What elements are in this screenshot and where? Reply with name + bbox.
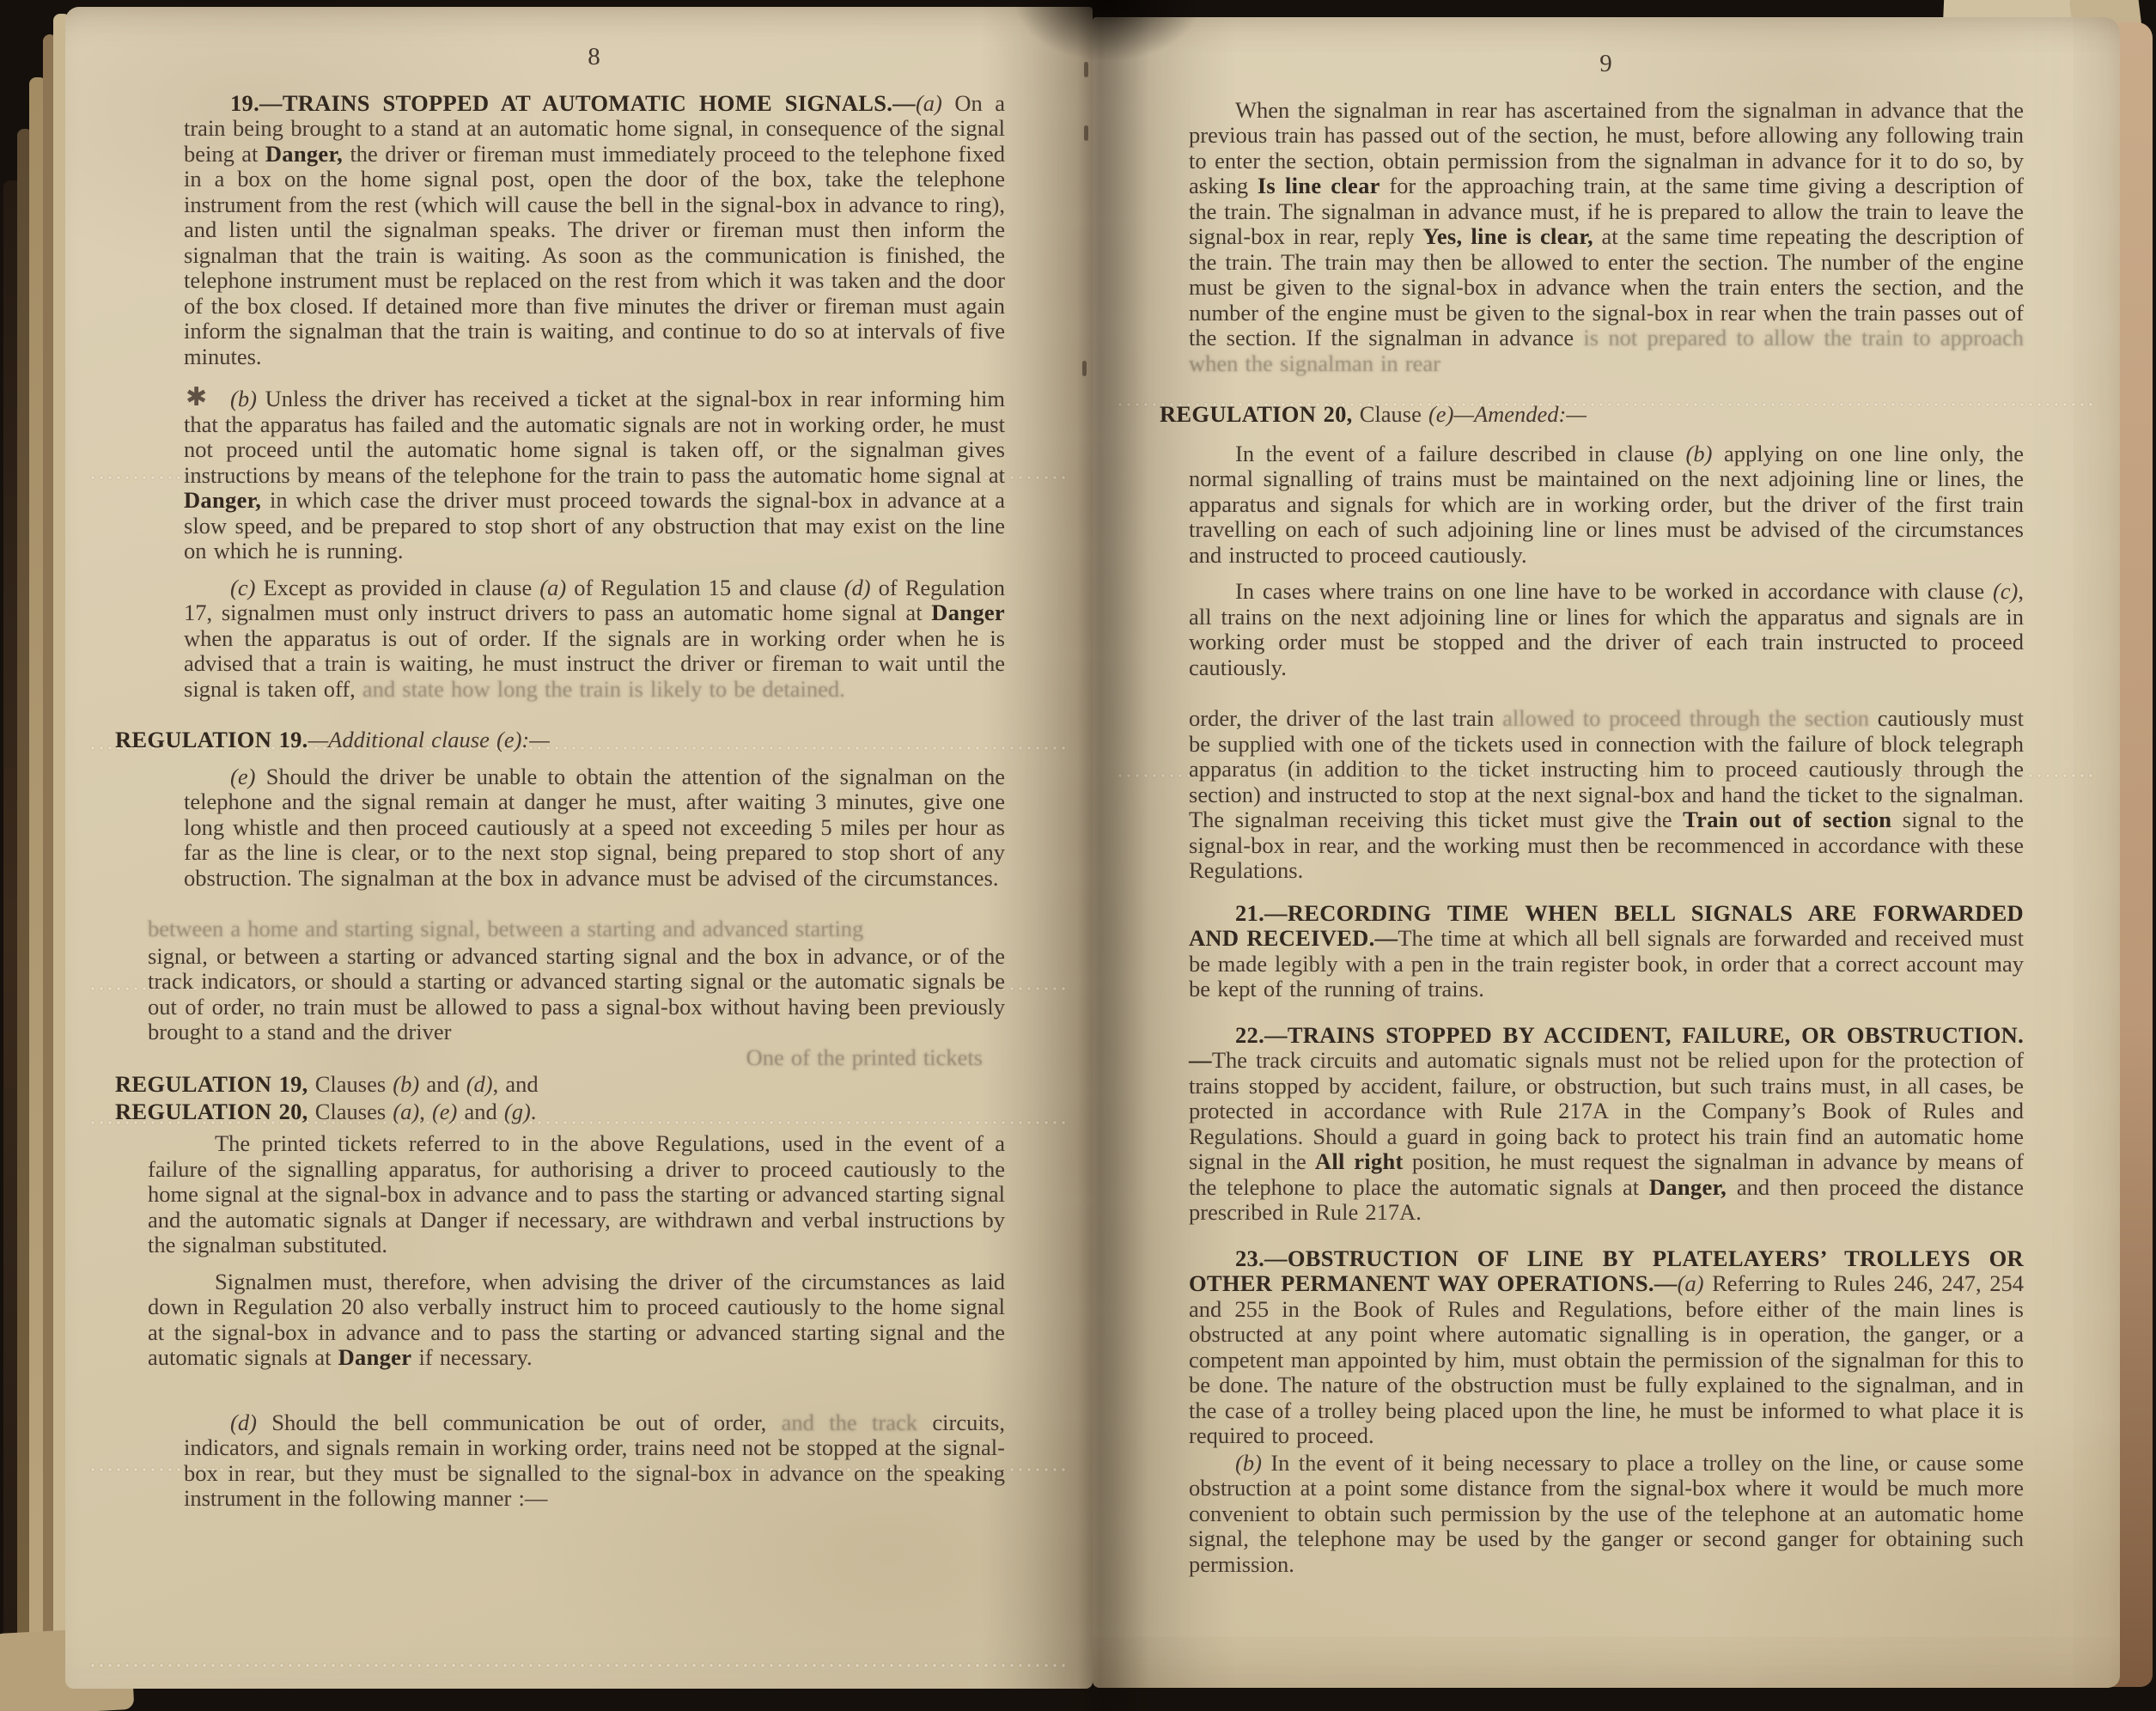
text-run: (b) <box>230 386 257 411</box>
text-run: . <box>531 1099 537 1124</box>
text-run: , and <box>493 1071 539 1097</box>
line-clear-procedure-paragraph: When the signalman in rear has ascertain… <box>1189 98 2024 377</box>
slip-continuation-paragraph: signal, or between a starting or advance… <box>148 944 1005 1045</box>
text-run: if necessary. <box>411 1344 532 1370</box>
rule-19c-paragraph: (c) Except as provided in clause (a) of … <box>184 575 1005 703</box>
text-run: the driver or fireman must immediately p… <box>184 141 1005 369</box>
text-run: REGULATION 19. <box>115 727 308 752</box>
text-run: Is line clear <box>1258 173 1380 198</box>
amended-clause-paragraph-1: In the event of a failure described in c… <box>1189 441 2024 569</box>
text-run: Yes, line is clear, <box>1422 223 1593 249</box>
rule-19b-paragraph: ✱(b) Unless the driver has received a ti… <box>184 387 1005 564</box>
text-run: In the event of a failure described in c… <box>1235 441 1686 466</box>
text-run: (d) <box>466 1071 493 1097</box>
text-run: In the event of it being necessary to pl… <box>1189 1450 2024 1577</box>
last-train-ticket-paragraph: order, the driver of the last train allo… <box>1189 706 2024 884</box>
rule-23a-paragraph: 23.—OBSTRUCTION OF LINE BY PLATELAYERS’ … <box>1189 1246 2024 1449</box>
text-run: Should the bell communication be out of … <box>257 1410 782 1435</box>
text-run: (e)—Amended:— <box>1428 401 1587 427</box>
text-run: Danger, <box>265 141 343 167</box>
regulation-19-clause-e-paragraph: (e) Should the driver be unable to obtai… <box>184 764 1005 892</box>
text-run: Clause <box>1353 401 1428 427</box>
text-run: Except as provided in clause <box>255 575 539 600</box>
text-run: and state how long the train is likely t… <box>362 676 845 702</box>
text-run: (c) <box>1993 578 2018 604</box>
text-run: Danger <box>931 600 1005 625</box>
printed-tickets-paragraph: The printed tickets referred to in the a… <box>148 1131 1005 1258</box>
page-number: 8 <box>184 45 1005 70</box>
rule-23b-paragraph: (b) In the event of it being necessary t… <box>1189 1451 2024 1578</box>
text-run: order, the driver of the last train <box>1189 705 1502 731</box>
text-run: (a) <box>1678 1270 1704 1296</box>
text-run: (b) <box>393 1071 419 1097</box>
text-run: in which case the driver must proceed to… <box>184 487 1005 563</box>
text-run: (b) <box>1686 441 1713 466</box>
text-run: allowed to proceed through the section <box>1502 705 1869 731</box>
text-run: All right <box>1315 1148 1404 1174</box>
text-run: In cases where trains on one line have t… <box>1235 578 1993 604</box>
regulation-19-additional-clause-heading: REGULATION 19.—Additional clause (e):— <box>115 728 1005 753</box>
text-run: (g) <box>504 1099 531 1124</box>
rule-19d-paragraph: (d) Should the bell communication be out… <box>184 1410 1005 1512</box>
rule-21-paragraph: 21.—RECORDING TIME WHEN BELL SIGNALS ARE… <box>1189 901 2024 1002</box>
faded-overprint-line: between a home and starting signal, betw… <box>148 916 1005 942</box>
text-run: (e) <box>230 764 255 789</box>
text-run: (d) <box>230 1410 257 1435</box>
text-run: —Additional clause (e):— <box>308 727 550 752</box>
text-run: The printed tickets referred to in the a… <box>148 1130 1005 1257</box>
text-run: (e) <box>432 1099 457 1124</box>
text-run: and <box>457 1099 504 1124</box>
text-run: Danger <box>338 1344 412 1370</box>
text-run: , <box>419 1099 432 1124</box>
open-book-spread: 8 19.—TRAINS STOPPED AT AUTOMATIC HOME S… <box>0 0 2156 1711</box>
text-run: Train out of section <box>1683 807 1891 832</box>
text-run: (a) <box>916 90 942 116</box>
text-run: (a) <box>539 575 566 600</box>
text-run: 19.—TRAINS STOPPED AT AUTOMATIC HOME SIG… <box>230 90 916 116</box>
text-run: Signalmen must, therefore, when advising… <box>148 1269 1005 1371</box>
text-run: and <box>419 1071 466 1097</box>
binding-stitch <box>1084 125 1088 141</box>
text-run: Should the driver be unable to obtain th… <box>184 764 1005 891</box>
regulation-19-clauses-line: ✳REGULATION 19, Clauses (b) and (d), and <box>115 1072 1005 1098</box>
text-run: Unless the driver has received a ticket … <box>184 386 1005 488</box>
amended-clause-paragraph-2: In cases where trains on one line have t… <box>1189 579 2024 680</box>
text-run: Danger, <box>184 487 261 513</box>
binding-stitch <box>1082 361 1087 376</box>
faded-tickets-fragment: One of the printed tickets <box>184 1045 1005 1071</box>
regulation-20-clauses-line: REGULATION 20, Clauses (a), (e) and (g). <box>115 1099 1005 1125</box>
text-run: REGULATION 20, <box>1160 401 1353 427</box>
text-run: Clauses <box>308 1071 393 1097</box>
binding-stitch <box>1084 62 1088 77</box>
margin-annotation-mark: ✱ <box>186 385 207 411</box>
text-run: Danger, <box>1649 1174 1727 1200</box>
text-run: Clauses <box>308 1099 393 1124</box>
rule-22-paragraph: 22.—TRAINS STOPPED BY ACCIDENT, FAILURE,… <box>1189 1023 2024 1226</box>
page-number: 9 <box>1189 52 2024 77</box>
left-page-text-column: 8 19.—TRAINS STOPPED AT AUTOMATIC HOME S… <box>65 7 1093 1512</box>
rule-19a-paragraph: 19.—TRAINS STOPPED AT AUTOMATIC HOME SIG… <box>184 91 1005 370</box>
text-run: (b) <box>1235 1450 1262 1476</box>
text-run: signal, or between a starting or advance… <box>148 943 1005 1045</box>
text-run: Referring to Rules 246, 247, 254 and 255… <box>1189 1270 2024 1448</box>
right-page-body-text: When the signalman in rear has ascertain… <box>1189 98 2024 1578</box>
text-run: of Regulation 15 and clause <box>566 575 844 600</box>
text-run: (c) <box>230 575 255 600</box>
text-run: (d) <box>844 575 871 600</box>
text-run: REGULATION 19, <box>115 1071 308 1097</box>
text-run: REGULATION 20, <box>115 1099 308 1124</box>
pasted-slip-perforation <box>89 1663 1069 1669</box>
left-page-body-text: 19.—TRAINS STOPPED AT AUTOMATIC HOME SIG… <box>184 91 1005 1512</box>
text-run: One of the printed tickets <box>746 1044 983 1070</box>
left-page: 8 19.—TRAINS STOPPED AT AUTOMATIC HOME S… <box>65 7 1093 1689</box>
regulation-20-amended-heading: REGULATION 20, Clause (e)—Amended:— <box>1160 402 2024 428</box>
text-run: and the track <box>782 1410 917 1435</box>
text-run: (a) <box>393 1099 419 1124</box>
signalmen-instruction-paragraph: Signalmen must, therefore, when advising… <box>148 1270 1005 1371</box>
right-page-text-column: 9 When the signalman in rear has ascerta… <box>1093 17 2120 1577</box>
right-page: 9 When the signalman in rear has ascerta… <box>1093 17 2120 1688</box>
text-run: between a home and starting signal, betw… <box>148 916 863 941</box>
